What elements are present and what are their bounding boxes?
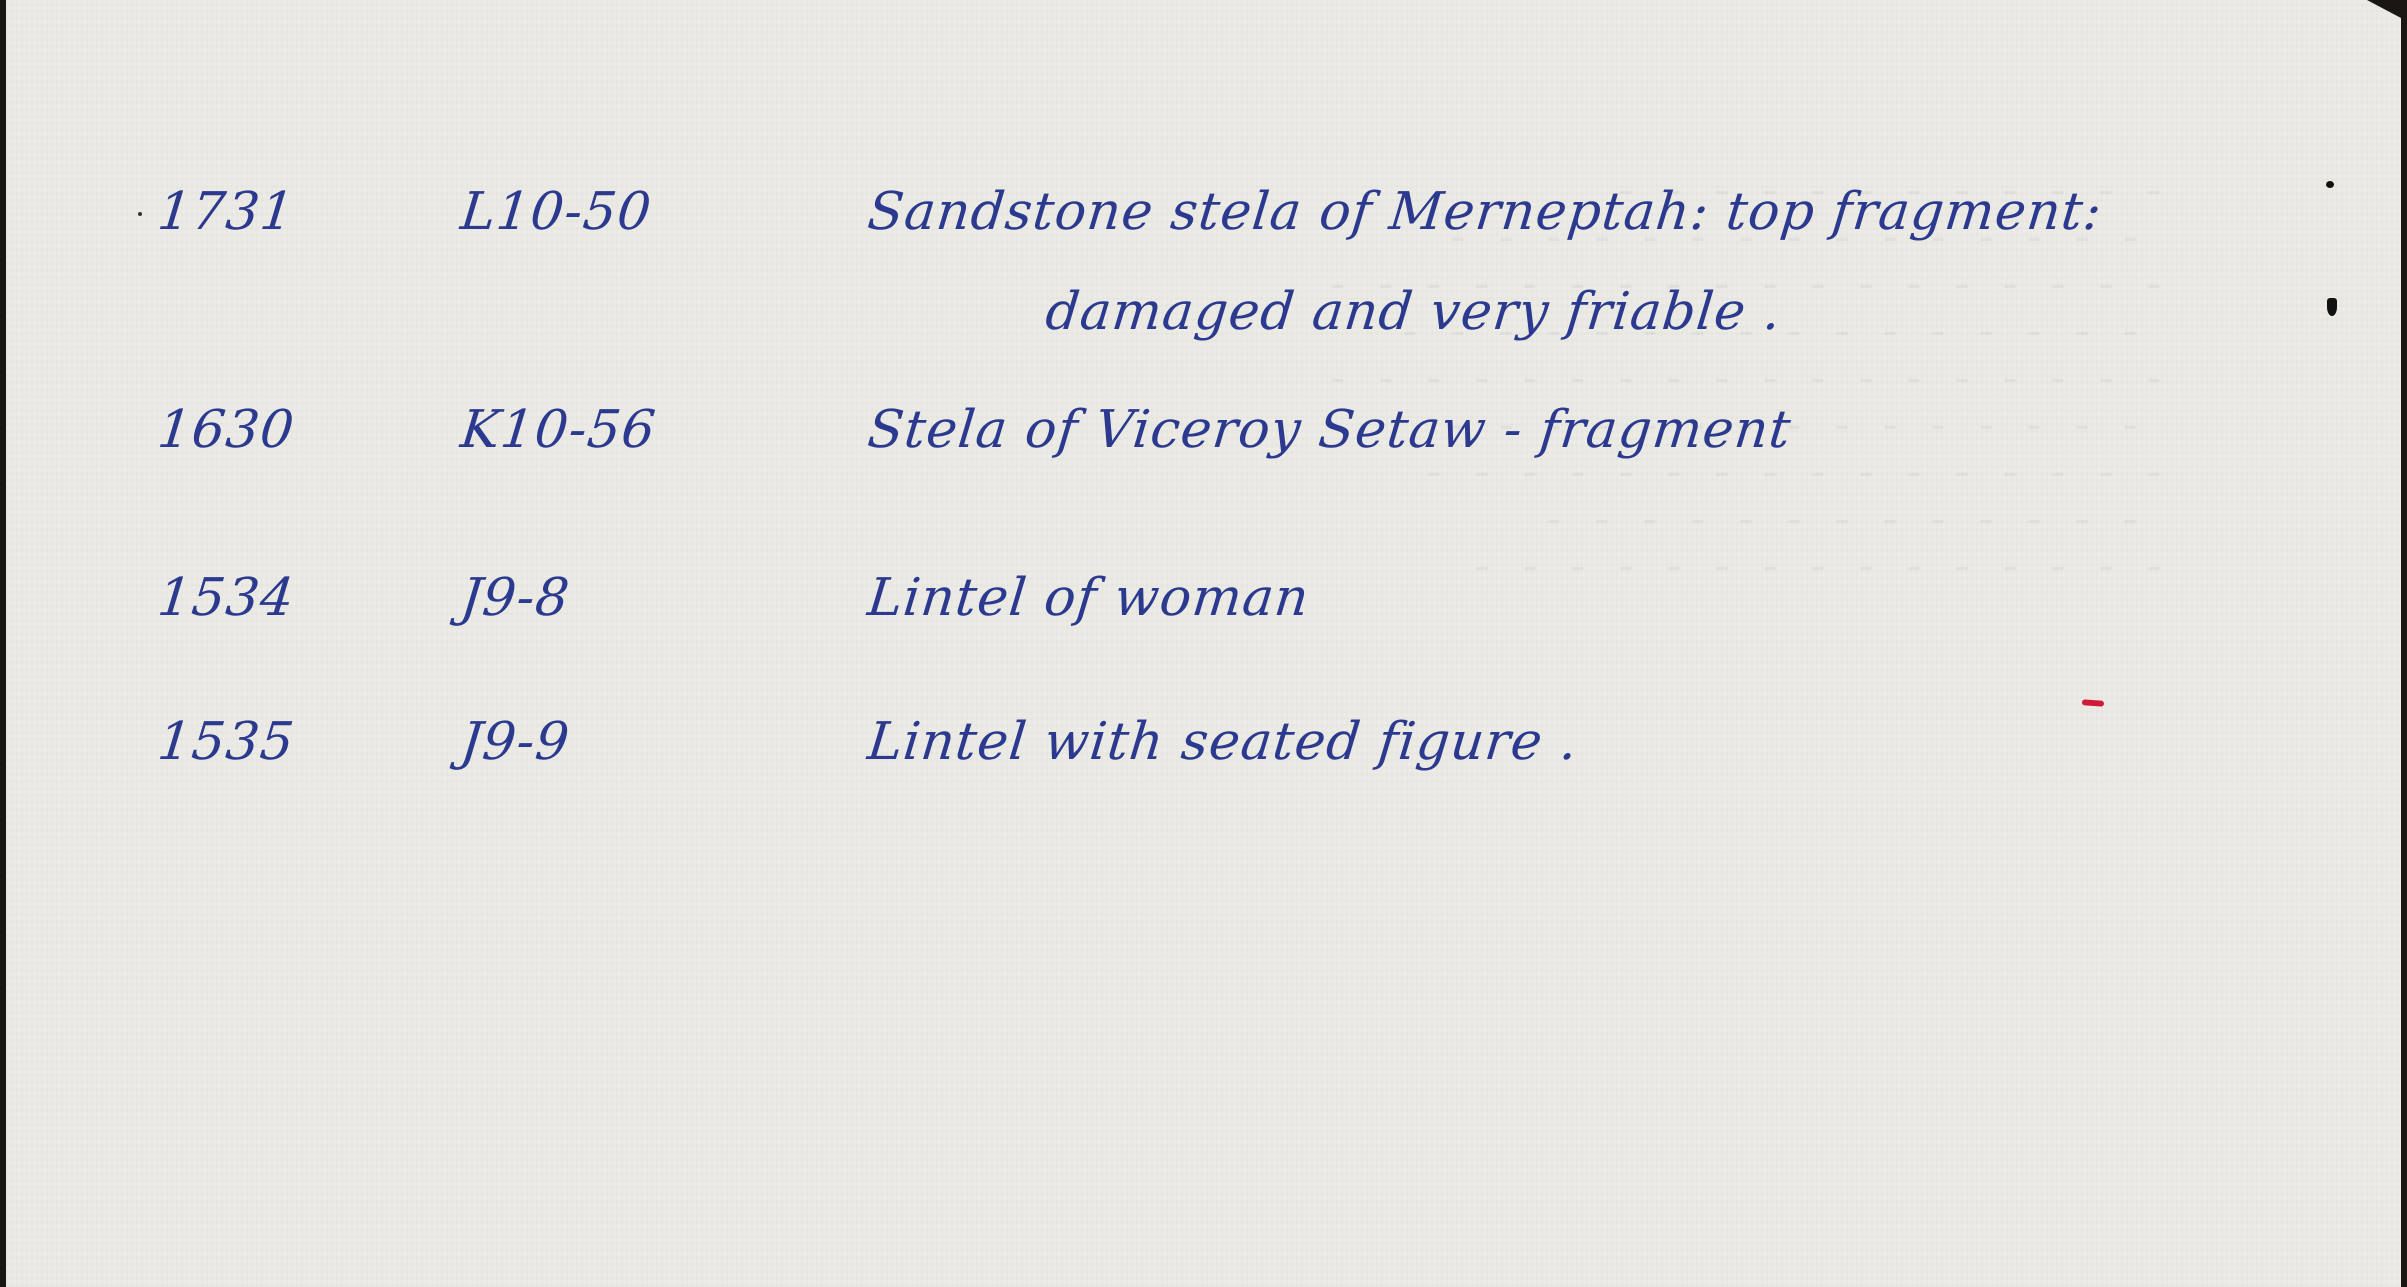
entry-reference: K10-56 (458, 400, 659, 460)
entry-description-continued: damaged and very friable . (1043, 282, 1784, 342)
entry-number: 1731 (155, 182, 298, 242)
entry-description: Stela of Viceroy Setaw - fragment (865, 400, 1794, 460)
page-corner-fold (2367, 0, 2401, 18)
entry-reference: J9-9 (458, 712, 573, 772)
red-ink-mark (2082, 699, 2104, 707)
entry-description: Lintel with seated figure . (865, 712, 1581, 772)
punch-hole-mark (2326, 181, 2334, 188)
entry-number: 1535 (155, 712, 298, 772)
entry-number: 1534 (155, 568, 298, 628)
entry-description: Lintel of woman (865, 568, 1312, 628)
document-page: - - - - - - - - - - - - - - - - - - - - … (6, 0, 2401, 1287)
entry-reference: L10-50 (458, 182, 655, 242)
entry-description: Sandstone stela of Merneptah: top fragme… (865, 182, 2105, 242)
entry-reference: J9-8 (458, 568, 573, 628)
entry-number: 1630 (155, 400, 298, 460)
punch-hole-mark (2327, 298, 2337, 316)
ink-dot (138, 212, 142, 216)
